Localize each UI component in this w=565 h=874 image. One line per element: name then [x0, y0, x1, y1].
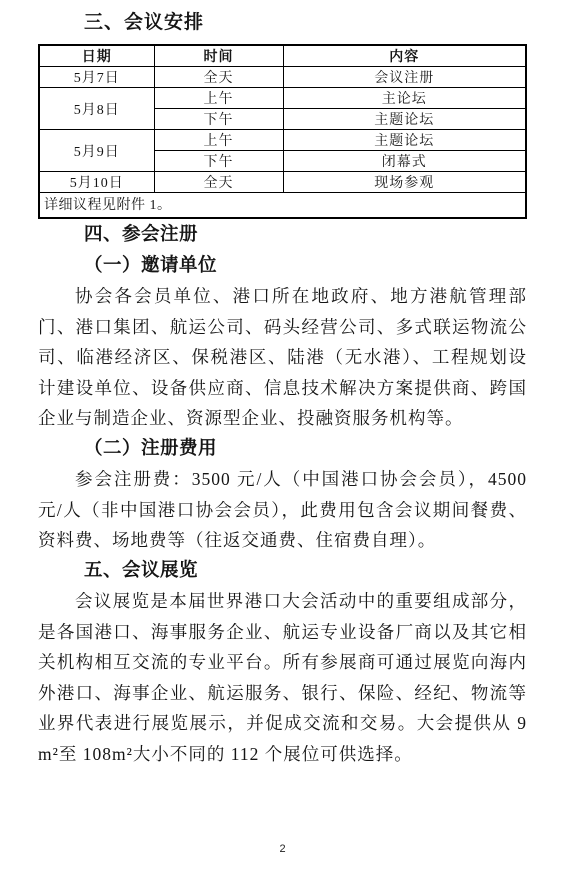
table-cell-date: 5月8日: [39, 88, 154, 130]
table-cell-date: 5月9日: [39, 130, 154, 172]
table-cell-content: 闭幕式: [283, 151, 526, 172]
section-heading-exhibition: 五、会议展览: [38, 556, 527, 587]
table-header-date: 日期: [39, 45, 154, 67]
table-row: 5月10日 全天 现场参观: [39, 172, 526, 193]
subsection-heading-invited-units: （一）邀请单位: [38, 251, 527, 282]
schedule-table: 日期 时间 内容 5月7日 全天 会议注册 5月8日 上午 主论坛 下午 主题论…: [38, 44, 527, 219]
table-cell-time: 全天: [154, 172, 283, 193]
page-number: 2: [0, 843, 565, 855]
table-cell-date: 5月7日: [39, 67, 154, 88]
table-cell-content: 会议注册: [283, 67, 526, 88]
table-cell-time: 下午: [154, 109, 283, 130]
subsection-heading-registration-fee: （二）注册费用: [38, 434, 527, 465]
table-header-row: 日期 时间 内容: [39, 45, 526, 67]
table-note: 详细议程见附件 1。: [39, 193, 526, 219]
table-row: 5月7日 全天 会议注册: [39, 67, 526, 88]
table-cell-time: 全天: [154, 67, 283, 88]
table-cell-content: 现场参观: [283, 172, 526, 193]
document-page: 三、会议安排 日期 时间 内容 5月7日 全天 会议注册 5月8日 上午 主论坛: [0, 0, 565, 769]
table-row: 5月9日 上午 主题论坛: [39, 130, 526, 151]
table-cell-time: 上午: [154, 88, 283, 109]
paragraph-invited-units: 协会各会员单位、港口所在地政府、地方港航管理部门、港口集团、航运公司、码头经营公…: [38, 281, 527, 434]
paragraph-registration-fee: 参会注册费：3500 元/人（中国港口协会会员），4500 元/人（非中国港口协…: [38, 464, 527, 556]
table-cell-time: 下午: [154, 151, 283, 172]
table-header-time: 时间: [154, 45, 283, 67]
table-cell-content: 主论坛: [283, 88, 526, 109]
table-header-content: 内容: [283, 45, 526, 67]
table-cell-date: 5月10日: [39, 172, 154, 193]
section-heading-meeting-schedule: 三、会议安排: [38, 11, 527, 35]
table-row: 5月8日 上午 主论坛: [39, 88, 526, 109]
paragraph-exhibition: 会议展览是本届世界港口大会活动中的重要组成部分，是各国港口、海事服务企业、航运专…: [38, 586, 527, 769]
table-cell-content: 主题论坛: [283, 109, 526, 130]
table-cell-content: 主题论坛: [283, 130, 526, 151]
table-cell-time: 上午: [154, 130, 283, 151]
section-heading-registration: 四、参会注册: [38, 220, 527, 251]
table-note-row: 详细议程见附件 1。: [39, 193, 526, 219]
